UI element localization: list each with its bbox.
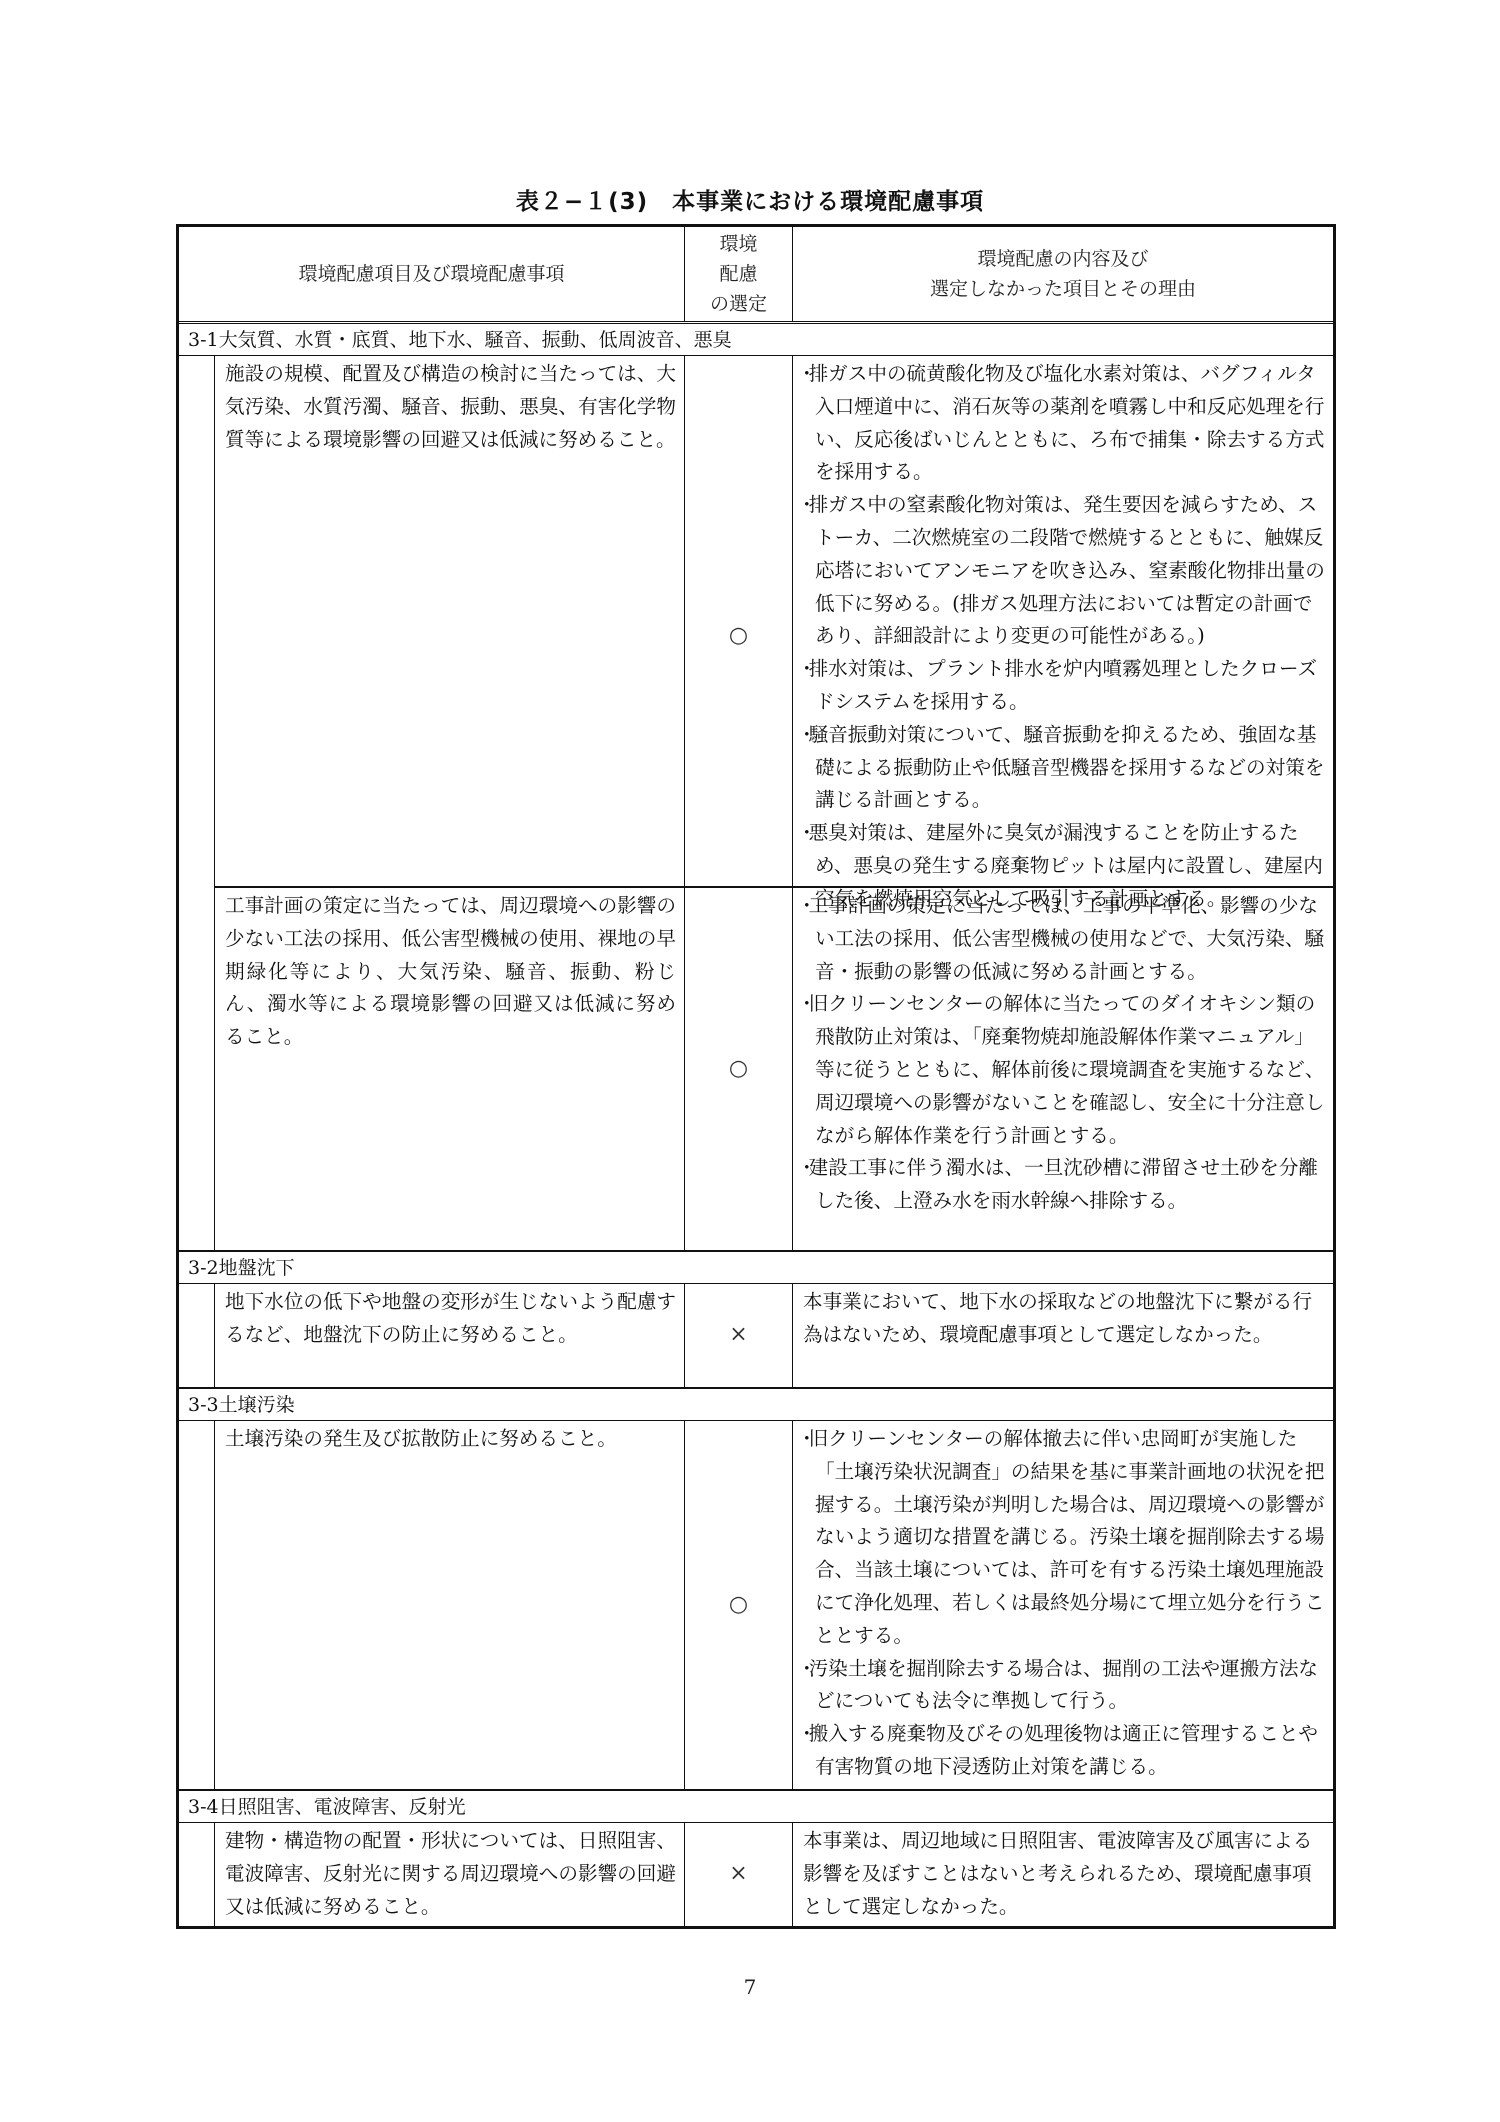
section-3-1: 3-1大気質、水質・底質、地下水、騒音、振動、低周波音、悪臭 施設の規模、配置及…: [179, 324, 1333, 1252]
table-row: 施設の規模、配置及び構造の検討に当たっては、大気汚染、水質汚濁、騒音、振動、悪臭…: [179, 356, 1333, 886]
bullet-item: 排ガス中の硫黄酸化物及び塩化水素対策は、バグフィルタ入口煙道中に、消石灰等の薬剤…: [803, 358, 1325, 489]
row-indent: [179, 1284, 214, 1387]
row-indent: [179, 356, 214, 918]
reason-text: 本事業において、地下水の採取などの地盤沈下に繋がる行為はないため、環境配慮事項と…: [803, 1286, 1325, 1352]
bullet-item: 排ガス中の窒素酸化物対策は、発生要因を減らすため、ストーカ、二次燃焼室の二段階で…: [803, 489, 1325, 653]
header-selection: 環境 配慮 の選定: [684, 227, 792, 321]
consideration-content: 旧クリーンセンターの解体撤去に伴い忠岡町が実施した「土壌汚染状況調査」の結果を基…: [792, 1421, 1333, 1789]
bullet-item: 旧クリーンセンターの解体撤去に伴い忠岡町が実施した「土壌汚染状況調査」の結果を基…: [803, 1423, 1325, 1653]
consideration-item: 建物・構造物の配置・形状については、日照阻害、電波障害、反射光に関する周辺環境へ…: [214, 1823, 684, 1926]
reason-text: 本事業は、周辺地域に日照阻害、電波障害及び風害による影響を及ぼすことはないと考え…: [803, 1825, 1325, 1923]
section-3-2: 3-2地盤沈下 地下水位の低下や地盤の変形が生じないよう配慮するなど、地盤沈下の…: [179, 1252, 1333, 1389]
section-heading: 3-1大気質、水質・底質、地下水、騒音、振動、低周波音、悪臭: [179, 324, 1333, 356]
section-heading: 3-3土壌汚染: [179, 1389, 1333, 1421]
consideration-content: 排ガス中の硫黄酸化物及び塩化水素対策は、バグフィルタ入口煙道中に、消石灰等の薬剤…: [792, 356, 1333, 918]
bullet-item: 汚染土壌を掘削除去する場合は、掘削の工法や運搬方法などについても法令に準拠して行…: [803, 1653, 1325, 1719]
header-item: 環境配慮項目及び環境配慮事項: [179, 227, 684, 321]
bullet-item: 搬入する廃棄物及びその処理後物は適正に管理することや有害物質の地下浸透防止対策を…: [803, 1718, 1325, 1784]
table-title: 表２−１(3) 本事業における環境配慮事項: [0, 183, 1500, 216]
section-3-3: 3-3土壌汚染 土壌汚染の発生及び拡散防止に努めること。 ○ 旧クリーンセンター…: [179, 1389, 1333, 1791]
section-heading: 3-4日照阻害、電波障害、反射光: [179, 1791, 1333, 1823]
bullet-item: 建設工事に伴う濁水は、一旦沈砂槽に滞留させ土砂を分離した後、上澄み水を雨水幹線へ…: [803, 1152, 1325, 1218]
row-indent: [179, 886, 214, 1250]
section-3-4: 3-4日照阻害、電波障害、反射光 建物・構造物の配置・形状については、日照阻害、…: [179, 1791, 1333, 1926]
bullet-item: 騒音振動対策について、騒音振動を抑えるため、強固な基礎による振動防止や低騒音型機…: [803, 719, 1325, 817]
selection-mark: ○: [684, 886, 792, 1250]
header-content-label: 環境配慮の内容及び 選定しなかった項目とその理由: [930, 244, 1196, 304]
header-item-label: 環境配慮項目及び環境配慮事項: [298, 259, 564, 289]
bullet-item: 旧クリーンセンターの解体に当たってのダイオキシン類の飛散防止対策は、「廃棄物焼却…: [803, 988, 1325, 1152]
selection-mark: ○: [684, 1421, 792, 1789]
consideration-item: 土壌汚染の発生及び拡散防止に努めること。: [214, 1421, 684, 1789]
consideration-item: 地下水位の低下や地盤の変形が生じないよう配慮するなど、地盤沈下の防止に努めること…: [214, 1284, 684, 1387]
table-row: 建物・構造物の配置・形状については、日照阻害、電波障害、反射光に関する周辺環境へ…: [179, 1823, 1333, 1926]
consideration-content: 本事業において、地下水の採取などの地盤沈下に繋がる行為はないため、環境配慮事項と…: [792, 1284, 1333, 1387]
consideration-item: 施設の規模、配置及び構造の検討に当たっては、大気汚染、水質汚濁、騒音、振動、悪臭…: [214, 356, 684, 918]
environmental-consideration-table: 環境配慮項目及び環境配慮事項 環境 配慮 の選定 環境配慮の内容及び 選定しなか…: [176, 224, 1336, 1929]
consideration-item: 工事計画の策定に当たっては、周辺環境への影響の少ない工法の採用、低公害型機械の使…: [214, 886, 684, 1250]
row-indent: [179, 1823, 214, 1926]
row-indent: [179, 1421, 214, 1789]
table-header: 環境配慮項目及び環境配慮事項 環境 配慮 の選定 環境配慮の内容及び 選定しなか…: [179, 227, 1333, 324]
header-selection-label: 環境 配慮 の選定: [710, 229, 767, 319]
bullet-item: 排水対策は、プラント排水を炉内噴霧処理としたクローズドシステムを採用する。: [803, 653, 1325, 719]
selection-mark: ×: [684, 1284, 792, 1387]
table-row: 工事計画の策定に当たっては、周辺環境への影響の少ない工法の採用、低公害型機械の使…: [179, 886, 1333, 1250]
page-number: 7: [0, 1975, 1500, 1999]
selection-mark: ○: [684, 356, 792, 918]
selection-mark: ×: [684, 1823, 792, 1926]
table-row: 地下水位の低下や地盤の変形が生じないよう配慮するなど、地盤沈下の防止に努めること…: [179, 1284, 1333, 1387]
consideration-content: 工事計画の策定に当たっては、工事の平準化、影響の少ない工法の採用、低公害型機械の…: [792, 886, 1333, 1250]
header-content: 環境配慮の内容及び 選定しなかった項目とその理由: [792, 227, 1333, 321]
bullet-item: 工事計画の策定に当たっては、工事の平準化、影響の少ない工法の採用、低公害型機械の…: [803, 890, 1325, 988]
consideration-content: 本事業は、周辺地域に日照阻害、電波障害及び風害による影響を及ぼすことはないと考え…: [792, 1823, 1333, 1926]
table-row: 土壌汚染の発生及び拡散防止に努めること。 ○ 旧クリーンセンターの解体撤去に伴い…: [179, 1421, 1333, 1789]
section-heading: 3-2地盤沈下: [179, 1252, 1333, 1284]
